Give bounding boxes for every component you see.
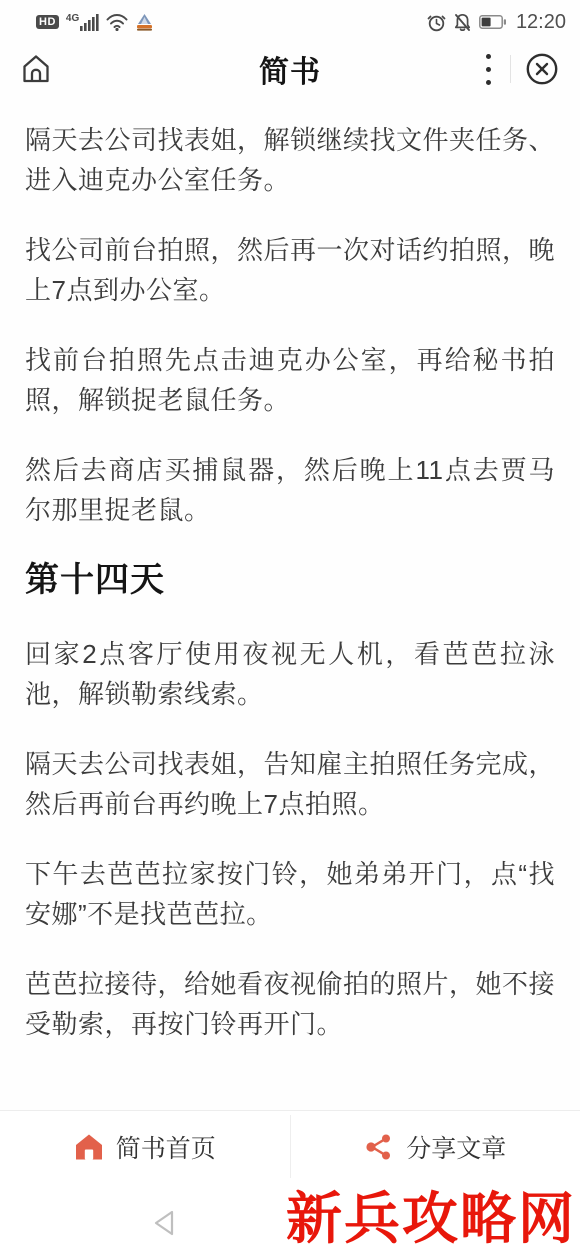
wifi-icon	[106, 14, 128, 31]
home-outline-icon[interactable]	[20, 52, 52, 86]
article-paragraph: 回家2点客厅使用夜视无人机，看芭芭拉泳池，解锁勒索线索。	[25, 634, 555, 714]
share-article-label: 分享文章	[406, 1129, 506, 1165]
status-bar-left: HD 4G	[36, 13, 154, 32]
bottom-action-bar: 简书首页 分享文章	[0, 1110, 580, 1182]
home-filled-icon	[74, 1132, 104, 1162]
share-article-button[interactable]: 分享文章	[291, 1111, 580, 1182]
signal-bars-icon: 4G	[66, 14, 99, 31]
signal-bars-glyph	[80, 14, 99, 31]
kebab-menu-icon[interactable]	[480, 50, 497, 89]
section-heading: 第十四天	[25, 560, 555, 600]
battery-icon	[479, 15, 506, 29]
status-bar-right: 12:20	[427, 11, 566, 34]
article-paragraph: 然后去商店买捕鼠器，然后晚上11点去贾马尔那里捉老鼠。	[25, 450, 555, 530]
share-icon	[364, 1132, 394, 1162]
header-divider	[510, 55, 511, 83]
page-title: 简书	[259, 47, 321, 91]
article-body: 隔天去公司找表姐，解锁继续找文件夹任务、进入迪克办公室任务。 找公司前台拍照，然…	[0, 100, 580, 1044]
close-circle-icon[interactable]	[524, 51, 560, 87]
network-type-label: 4G	[66, 14, 79, 24]
jianshu-home-button[interactable]: 简书首页	[0, 1111, 290, 1182]
jianshu-home-label: 简书首页	[116, 1129, 216, 1165]
alarm-clock-icon	[427, 13, 446, 32]
article-paragraph: 隔天去公司找表姐，解锁继续找文件夹任务、进入迪克办公室任务。	[25, 120, 555, 200]
back-triangle-icon[interactable]	[150, 1208, 178, 1243]
article-paragraph: 芭芭拉接待，给她看夜视偷拍的照片，她不接受勒索，再按门铃再开门。	[25, 964, 555, 1044]
watermark-text: 新兵攻略网	[274, 1185, 580, 1257]
phone-screen: HD 4G	[0, 0, 580, 1257]
clock-time: 12:20	[516, 11, 566, 34]
article-paragraph: 下午去芭芭拉家按门铃，她弟弟开门，点“找安娜”不是找芭芭拉。	[25, 854, 555, 934]
article-paragraph: 找公司前台拍照，然后再一次对话约拍照，晚上7点到办公室。	[25, 230, 555, 310]
article-paragraph: 找前台拍照先点击迪克办公室，再给秘书拍照，解锁捉老鼠任务。	[25, 340, 555, 420]
header-actions	[480, 50, 560, 89]
article-paragraph: 隔天去公司找表姐，告知雇主拍照任务完成，然后再前台再约晚上7点拍照。	[25, 744, 555, 824]
mute-icon	[453, 13, 472, 32]
status-bar: HD 4G	[0, 0, 580, 38]
hd-icon: HD	[36, 15, 59, 29]
app-header: 简书	[0, 38, 580, 100]
app-notification-icon	[135, 13, 154, 32]
